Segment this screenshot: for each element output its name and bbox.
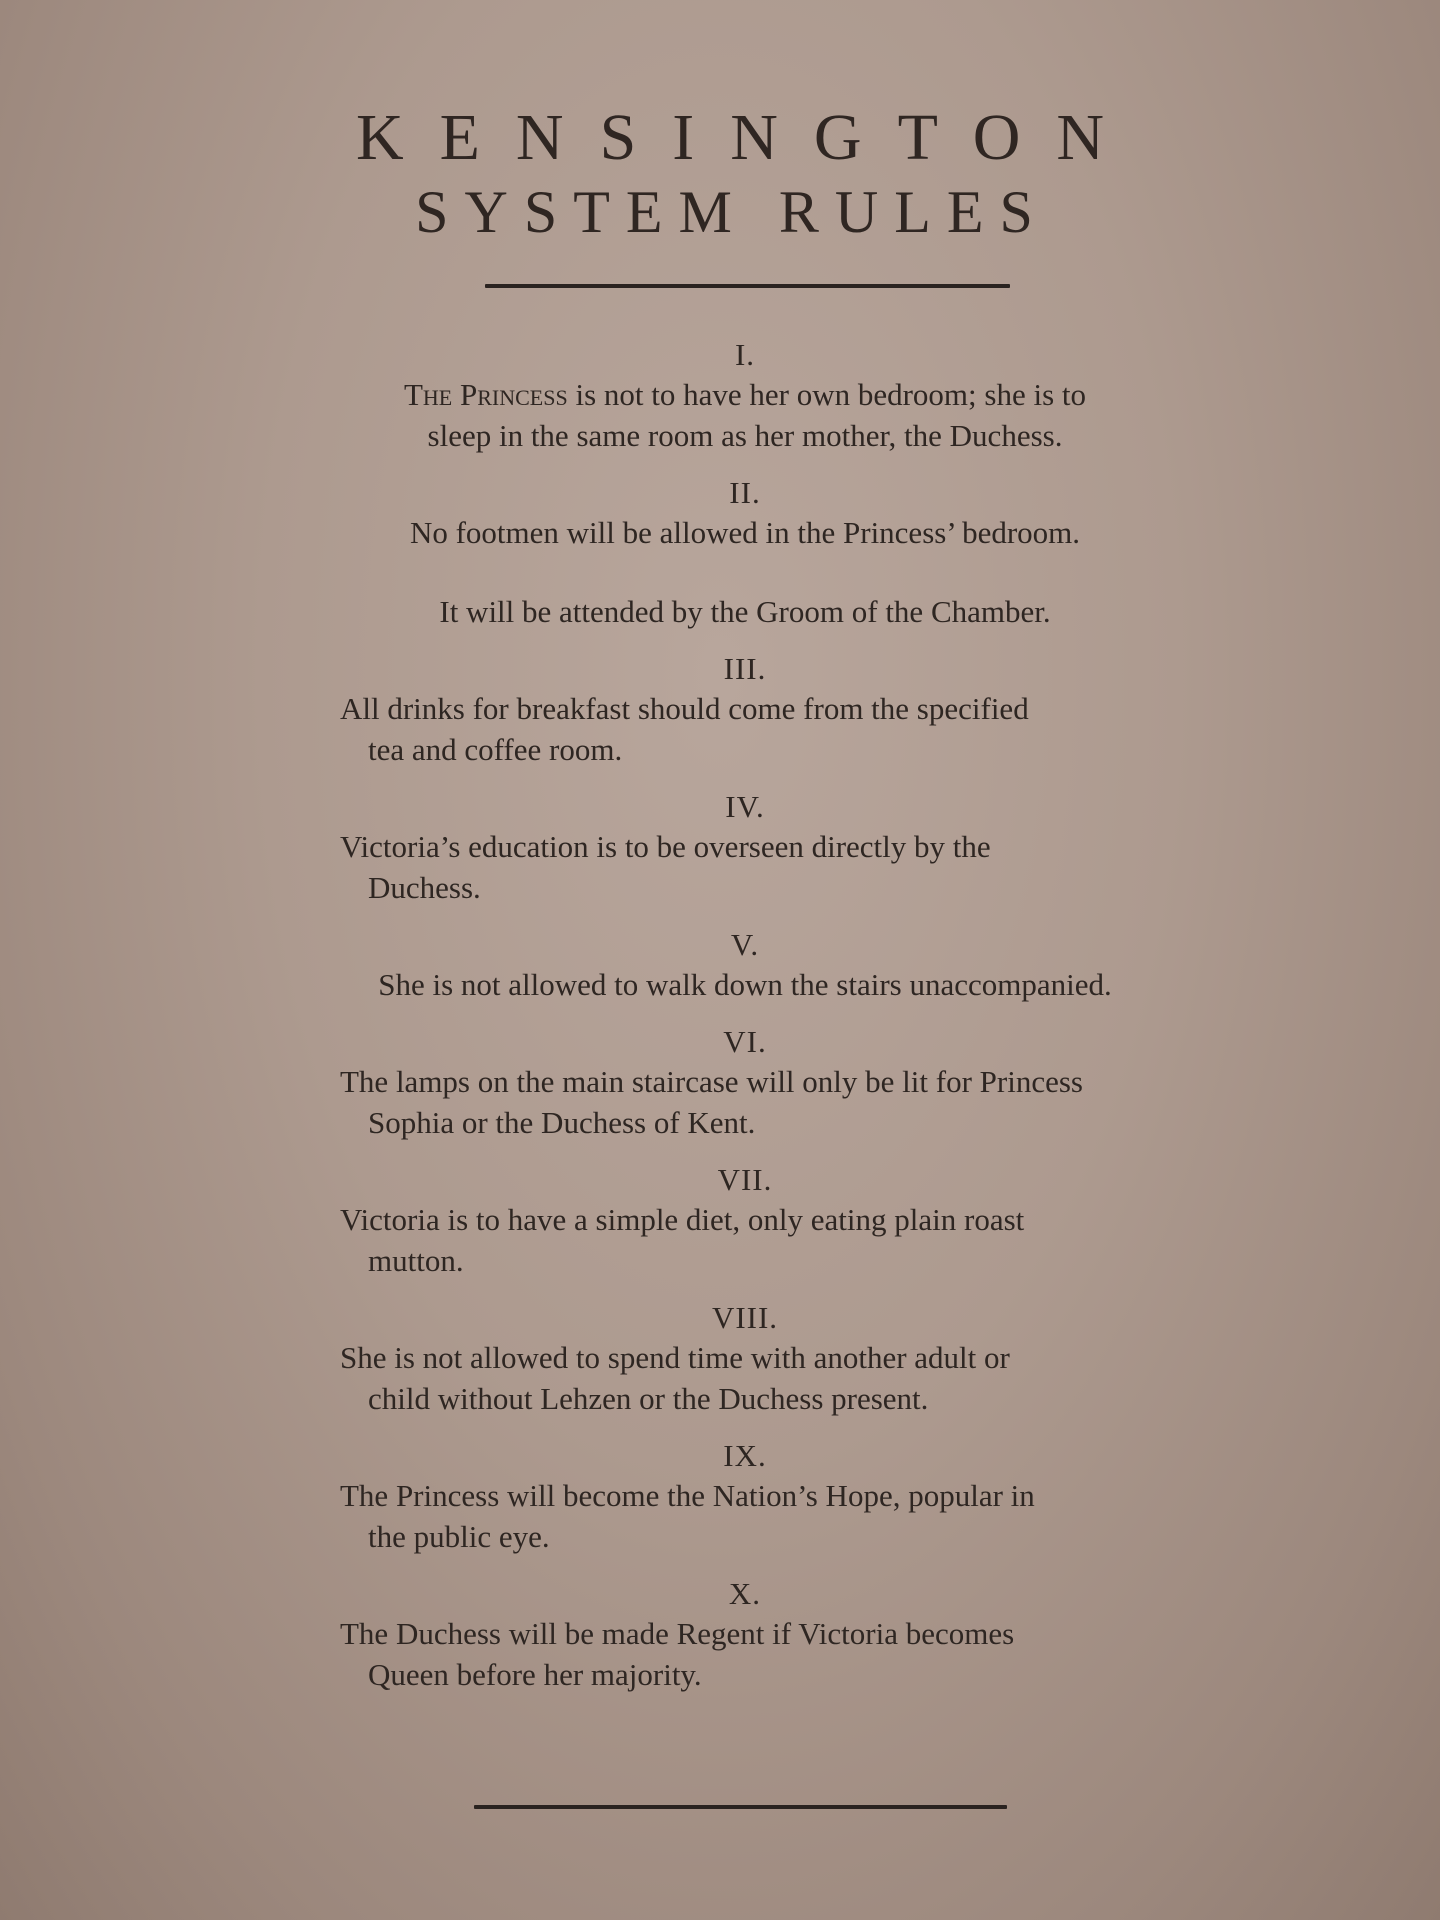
- rule-text: Victoria is to have a simple diet, only …: [340, 1199, 1150, 1281]
- rule-item-1: I. The Princess is not to have her own b…: [340, 336, 1150, 456]
- rule-line1: The lamps on the main staircase will onl…: [340, 1064, 1083, 1099]
- rule-line2: the public eye.: [340, 1516, 1150, 1557]
- rule-item-5: V. She is not allowed to walk down the s…: [340, 926, 1150, 1005]
- rule-numeral: I.: [340, 336, 1150, 374]
- rule-numeral: V.: [340, 926, 1150, 964]
- rule-item-8: VIII. She is not allowed to spend time w…: [340, 1299, 1150, 1419]
- rule-text: The Duchess will be made Regent if Victo…: [340, 1613, 1150, 1695]
- rule-line2: Duchess.: [340, 867, 1150, 908]
- rule-item-3: III. All drinks for breakfast should com…: [340, 650, 1150, 770]
- rule-line2: mutton.: [340, 1240, 1150, 1281]
- rule-line2: sleep in the same room as her mother, th…: [428, 418, 1063, 453]
- rule-numeral: IX.: [340, 1437, 1150, 1475]
- page-title-line1: KENSINGTON: [0, 100, 1440, 176]
- rule-line1: The Duchess will be made Regent if Victo…: [340, 1616, 1014, 1651]
- rule-item-7: VII. Victoria is to have a simple diet, …: [340, 1161, 1150, 1281]
- rule-text: Victoria’s education is to be overseen d…: [340, 826, 1150, 908]
- rule-line1-rest: is not to have her own bedroom; she is t…: [568, 377, 1086, 412]
- rule-extra-text: It will be attended by the Groom of the …: [340, 591, 1150, 632]
- rule-line1: All drinks for breakfast should come fro…: [340, 691, 1029, 726]
- rule-text: All drinks for breakfast should come fro…: [340, 688, 1150, 770]
- rule-item-10: X. The Duchess will be made Regent if Vi…: [340, 1575, 1150, 1695]
- rule-item-2: II. No footmen will be allowed in the Pr…: [340, 474, 1150, 632]
- rule-text: No footmen will be allowed in the Prince…: [340, 512, 1150, 553]
- rule-numeral: VIII.: [340, 1299, 1150, 1337]
- bottom-divider: [474, 1805, 1007, 1809]
- rule-numeral: II.: [340, 474, 1150, 512]
- rule-text: She is not allowed to spend time with an…: [340, 1337, 1150, 1419]
- top-divider: [485, 284, 1010, 288]
- rule-numeral: IV.: [340, 788, 1150, 826]
- page-title-line2: SYSTEM RULES: [0, 178, 1440, 247]
- rule-numeral: X.: [340, 1575, 1150, 1613]
- document-page: KENSINGTON SYSTEM RULES I. The Princess …: [0, 0, 1440, 1920]
- rule-text: The Princess will become the Nation’s Ho…: [340, 1475, 1150, 1557]
- rule-numeral: III.: [340, 650, 1150, 688]
- rule-line2: tea and coffee room.: [340, 729, 1150, 770]
- rule-text: She is not allowed to walk down the stai…: [340, 964, 1150, 1005]
- rule-line2: child without Lehzen or the Duchess pres…: [340, 1378, 1150, 1419]
- rule-text: The lamps on the main staircase will onl…: [340, 1061, 1150, 1143]
- rule-item-9: IX. The Princess will become the Nation’…: [340, 1437, 1150, 1557]
- rule-line1: The Princess will become the Nation’s Ho…: [340, 1478, 1035, 1513]
- rule-item-4: IV. Victoria’s education is to be overse…: [340, 788, 1150, 908]
- rule-line1: Victoria is to have a simple diet, only …: [340, 1202, 1024, 1237]
- rule-line2: Queen before her majority.: [340, 1654, 1150, 1695]
- rule-line2: Sophia or the Duchess of Kent.: [340, 1102, 1150, 1143]
- rule-item-6: VI. The lamps on the main staircase will…: [340, 1023, 1150, 1143]
- rule-numeral: VI.: [340, 1023, 1150, 1061]
- rule-line1: She is not allowed to spend time with an…: [340, 1340, 1010, 1375]
- rule-line1: Victoria’s education is to be overseen d…: [340, 829, 991, 864]
- rule-numeral: VII.: [340, 1161, 1150, 1199]
- rule-lead-smallcaps: The Princess: [404, 377, 568, 412]
- rule-text: The Princess is not to have her own bedr…: [340, 374, 1150, 456]
- rules-list: I. The Princess is not to have her own b…: [340, 336, 1150, 1713]
